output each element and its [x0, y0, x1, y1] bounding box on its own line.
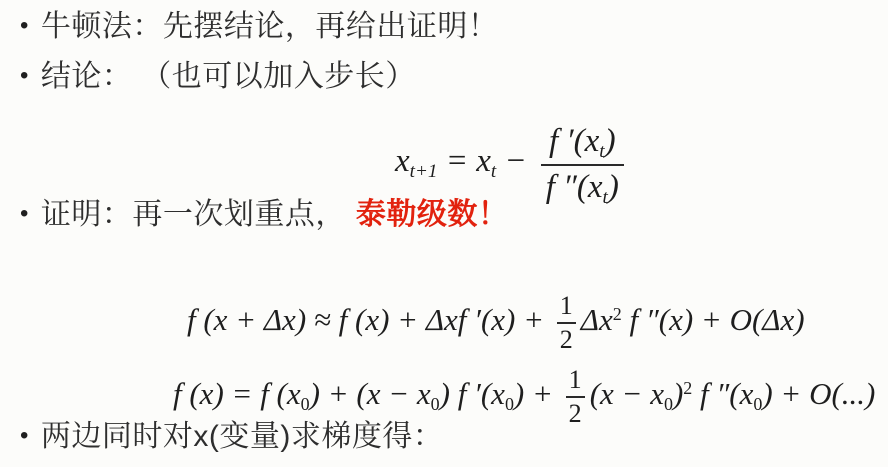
bullet-icon: •: [20, 421, 29, 451]
math-subscript: 0: [753, 394, 762, 414]
math-subscript: 0: [301, 394, 310, 414]
bullet-proof-text: 证明：再一次划重点，: [41, 196, 346, 234]
bullet-gradient: • 两边同时对x(变量)求梯度得：: [20, 418, 443, 456]
math-token: ): [608, 169, 619, 205]
math-token: f ′(x: [549, 123, 599, 159]
math-token: ) + (x − x: [310, 376, 431, 411]
math-token: f ″(x) + O(Δx): [622, 302, 805, 337]
fraction-one-half: 12: [566, 367, 585, 427]
math-token: ): [605, 123, 616, 159]
fraction: f ′(xt)f ″(xt): [541, 123, 624, 204]
math-superscript: 2: [683, 378, 692, 398]
math-token: f (x + Δx) ≈ f (x) + Δxf ′(x) +: [187, 302, 552, 337]
math-subscript: t: [599, 141, 604, 162]
math-subscript: t+1: [410, 161, 438, 182]
bullet-icon: •: [20, 199, 29, 229]
bullet-newton-text: 牛顿法：先摆结论，再给出证明！: [41, 8, 499, 46]
math-subscript: 0: [431, 394, 440, 414]
fraction-numerator: f ′(xt): [541, 123, 624, 166]
math-token: ) + O(...): [762, 376, 875, 411]
bullet-newton-method: • 牛顿法：先摆结论，再给出证明！: [20, 8, 498, 46]
bullet-conclusion-text: 结论： （也可以加入步长）: [41, 58, 416, 96]
taylor-series-highlight: 泰勒级数！: [356, 196, 509, 234]
math-token: f ″(x: [546, 169, 603, 205]
fraction-numerator: 1: [557, 293, 576, 324]
fraction-numerator: 1: [566, 367, 585, 398]
bullet-conclusion: • 结论： （也可以加入步长）: [20, 58, 416, 96]
math-subscript: 0: [664, 394, 673, 414]
bullet-icon: •: [20, 61, 29, 91]
math-token: f (x) = f (x: [173, 376, 301, 411]
math-token: ) f ′(x: [440, 376, 505, 411]
minus-sign: −: [496, 143, 535, 179]
math-token: ) +: [514, 376, 561, 411]
fraction-denominator: f ″(xt): [546, 166, 619, 204]
math-token: Δx: [581, 302, 613, 337]
bullet-gradient-text: 两边同时对x(变量)求梯度得：: [41, 418, 443, 456]
lecture-slide: • 牛顿法：先摆结论，再给出证明！ • 结论： （也可以加入步长） xt+1 =…: [0, 0, 888, 467]
math-token: = x: [437, 143, 490, 179]
math-token: f ″(x: [692, 376, 753, 411]
math-superscript: 2: [613, 304, 622, 324]
math-subscript: t: [603, 187, 608, 208]
math-token: ): [673, 376, 683, 411]
fraction-denominator: 2: [569, 398, 582, 427]
bullet-icon: •: [20, 11, 29, 41]
math-subscript: t: [491, 161, 496, 182]
math-subscript: 0: [505, 394, 514, 414]
math-token: x: [395, 143, 410, 179]
math-token: (x − x: [590, 376, 664, 411]
bullet-proof: • 证明：再一次划重点， 泰勒级数！: [20, 196, 508, 234]
